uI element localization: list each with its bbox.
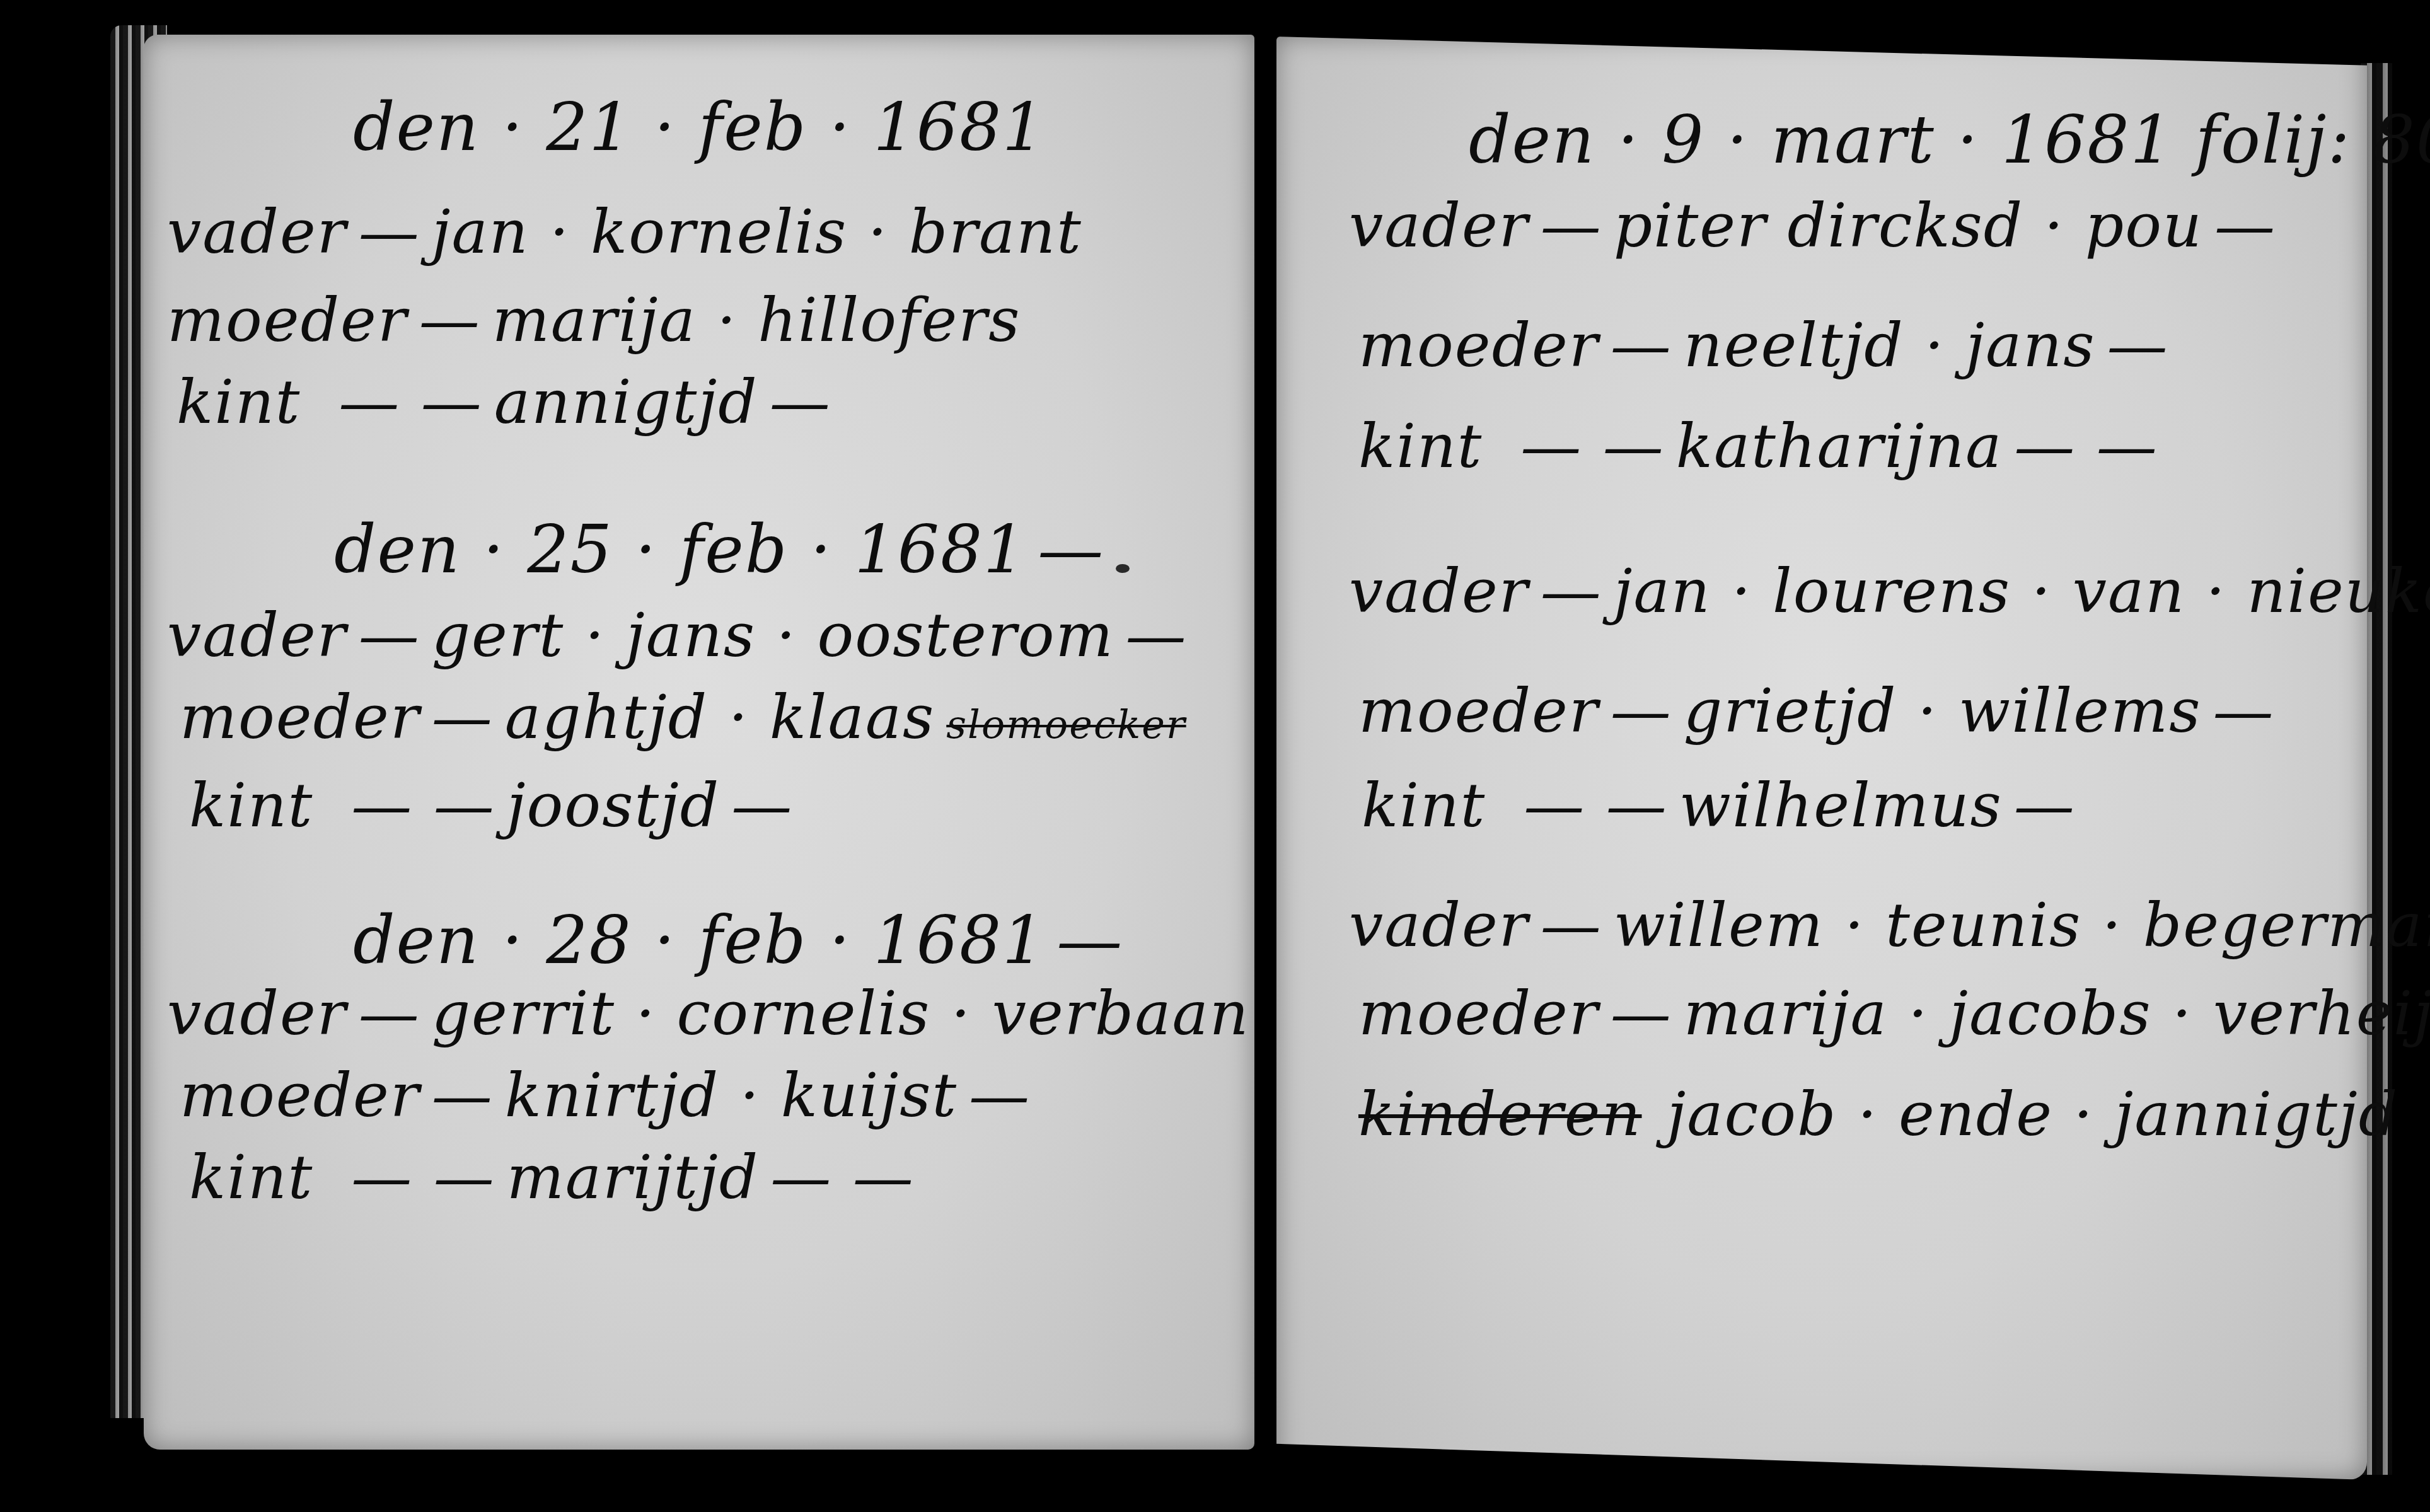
dash: — <box>419 290 481 350</box>
r-entry-2-child-row: kint— —wilhelmus— <box>1362 775 2087 836</box>
mother-name: grietjd · willems <box>1684 676 2202 746</box>
dash: — — <box>1524 775 1668 836</box>
mother-label: moeder <box>1358 681 1599 741</box>
dash: — — <box>351 775 495 836</box>
dash: — <box>1056 908 1123 973</box>
right-header-row: den · 9 · mart · 1681 folij: 80— <box>1469 107 2430 173</box>
date-text: den · 28 · feb · 1681 <box>353 902 1045 979</box>
child-label: kint <box>176 372 301 432</box>
dash: — <box>2213 681 2274 741</box>
child-name: katharijna <box>1676 411 2003 482</box>
father-label: vader <box>1349 895 1529 955</box>
header-date: den · 9 · mart · 1681 <box>1469 101 2173 178</box>
father-label: vader <box>1349 561 1529 621</box>
father-name: piter dircksd · pou <box>1614 190 2203 261</box>
father-name: gert · jans · oosterom <box>432 600 1114 671</box>
father-name: jan · lourens · van · nieukoop <box>1614 556 2430 626</box>
r-entry-3-mother-row: moeder—marija · jacobs · verheij <box>1358 983 2430 1044</box>
entry-1-child-row: kint— —annigtjd— <box>176 372 843 432</box>
mother-label: moeder <box>180 687 420 747</box>
mother-label: moeder <box>1358 983 1599 1044</box>
r-entry-1-father-row: vader—piter dircksd · pou— <box>1349 195 2288 256</box>
entry-2-mother-row: moeder—aghtjd · klaasslomoecker <box>180 687 1186 747</box>
dash: — — <box>2014 416 2158 476</box>
dash: — <box>359 605 420 666</box>
father-label: vader <box>167 202 347 262</box>
entry-3-child-row: kint— —marijtjd— — <box>189 1147 926 1208</box>
dash: — — <box>351 1147 495 1208</box>
entry-3-father-row: vader—gerrit · cornelis · verbaan <box>167 983 1250 1044</box>
child-name: marijtjd <box>507 1142 759 1213</box>
dash: — <box>1541 895 1602 955</box>
mother-name: marija · hillofers <box>492 285 1021 355</box>
entry-2-date: den · 25 · feb · 1681— <box>334 517 1116 582</box>
dash: — — <box>770 1147 915 1208</box>
date-text: den · 25 · feb · 1681 <box>334 511 1026 588</box>
entry-3-date: den · 28 · feb · 1681— <box>353 908 1135 973</box>
dash: — <box>1126 605 1188 666</box>
dash: — <box>432 1065 494 1126</box>
book-gutter <box>1254 25 1276 1487</box>
dash: — <box>731 775 793 836</box>
dash: — — <box>338 372 483 432</box>
mother-name: marija · jacobs · verheij <box>1684 978 2430 1049</box>
folio-number: 80 <box>2373 101 2430 178</box>
father-label: vader <box>167 605 347 666</box>
mother-label: moeder <box>1358 315 1599 376</box>
dash: — <box>432 687 494 747</box>
entry-2-father-row: vader—gert · jans · oosterom— <box>167 605 1199 666</box>
dash: — <box>359 202 420 262</box>
dash: — <box>359 983 420 1044</box>
r-entry-3-father-row: vader—willem · teunis · begerman <box>1349 895 2430 955</box>
dash: — <box>1038 517 1104 582</box>
entry-1-mother-row: moeder—marija · hillofers <box>167 290 1021 350</box>
r-entry-2-father-row: vader—jan · lourens · van · nieukoop <box>1349 561 2430 621</box>
father-label: vader <box>167 983 347 1044</box>
r-entry-2-mother-row: moeder—grietjd · willems— <box>1358 681 2286 741</box>
r-entry-1-child-row: kint— —katharijna— — <box>1358 416 2170 476</box>
child-name: joostjd <box>507 770 720 841</box>
entry-1-date: den · 21 · feb · 1681 <box>353 95 1045 160</box>
dash: — <box>2014 775 2076 836</box>
r-entry-3-child-row: kinderenjacob · ende · jannigtjd <box>1358 1084 2398 1145</box>
mother-label: moeder <box>180 1065 420 1126</box>
child-label: kint <box>1362 775 1486 836</box>
father-label: vader <box>1349 195 1529 256</box>
entry-2-child-row: kint— —joostjd— <box>189 775 804 836</box>
dash: — <box>1611 315 1672 376</box>
entry-3-mother-row: moeder—knirtjd · kuijst— <box>180 1065 1042 1126</box>
child-label: kint <box>189 1147 313 1208</box>
father-name: willem · teunis · begerman <box>1614 890 2430 961</box>
child-label: kint <box>1358 416 1483 476</box>
dash: — <box>1541 561 1602 621</box>
father-name: jan · kornelis · brant <box>432 197 1082 267</box>
dash: — <box>2214 195 2276 256</box>
mother-name: knirtjd · kuijst <box>505 1060 958 1131</box>
mother-label: moeder <box>167 290 408 350</box>
date-text: den · 21 · feb · 1681 <box>353 89 1045 166</box>
mother-note-struck: slomoecker <box>946 701 1186 747</box>
father-name: gerrit · cornelis · verbaan <box>432 978 1250 1049</box>
dash: — <box>2107 315 2168 376</box>
mother-name: neeltjd · jans <box>1684 310 2096 381</box>
dash: — <box>1611 681 1672 741</box>
child-name: wilhelmus <box>1679 770 2003 841</box>
dash: — <box>1611 983 1672 1044</box>
r-entry-1-mother-row: moeder—neeltjd · jans— <box>1358 315 2180 376</box>
dash: — <box>969 1065 1031 1126</box>
child-label: kint <box>189 775 313 836</box>
entry-1-father-row: vader—jan · kornelis · brant <box>167 202 1082 262</box>
child-name: annigtjd <box>494 367 758 437</box>
dash: — <box>1541 195 1602 256</box>
dash: — <box>770 372 831 432</box>
ink-speck <box>1116 564 1130 573</box>
children-names: jacob · ende · jannigtjd <box>1667 1079 2399 1150</box>
dash: — — <box>1520 416 1665 476</box>
mother-name: aghtjd · klaas <box>505 682 935 753</box>
children-label-struck: kinderen <box>1358 1084 1642 1145</box>
folio-label: folij: <box>2196 101 2351 178</box>
